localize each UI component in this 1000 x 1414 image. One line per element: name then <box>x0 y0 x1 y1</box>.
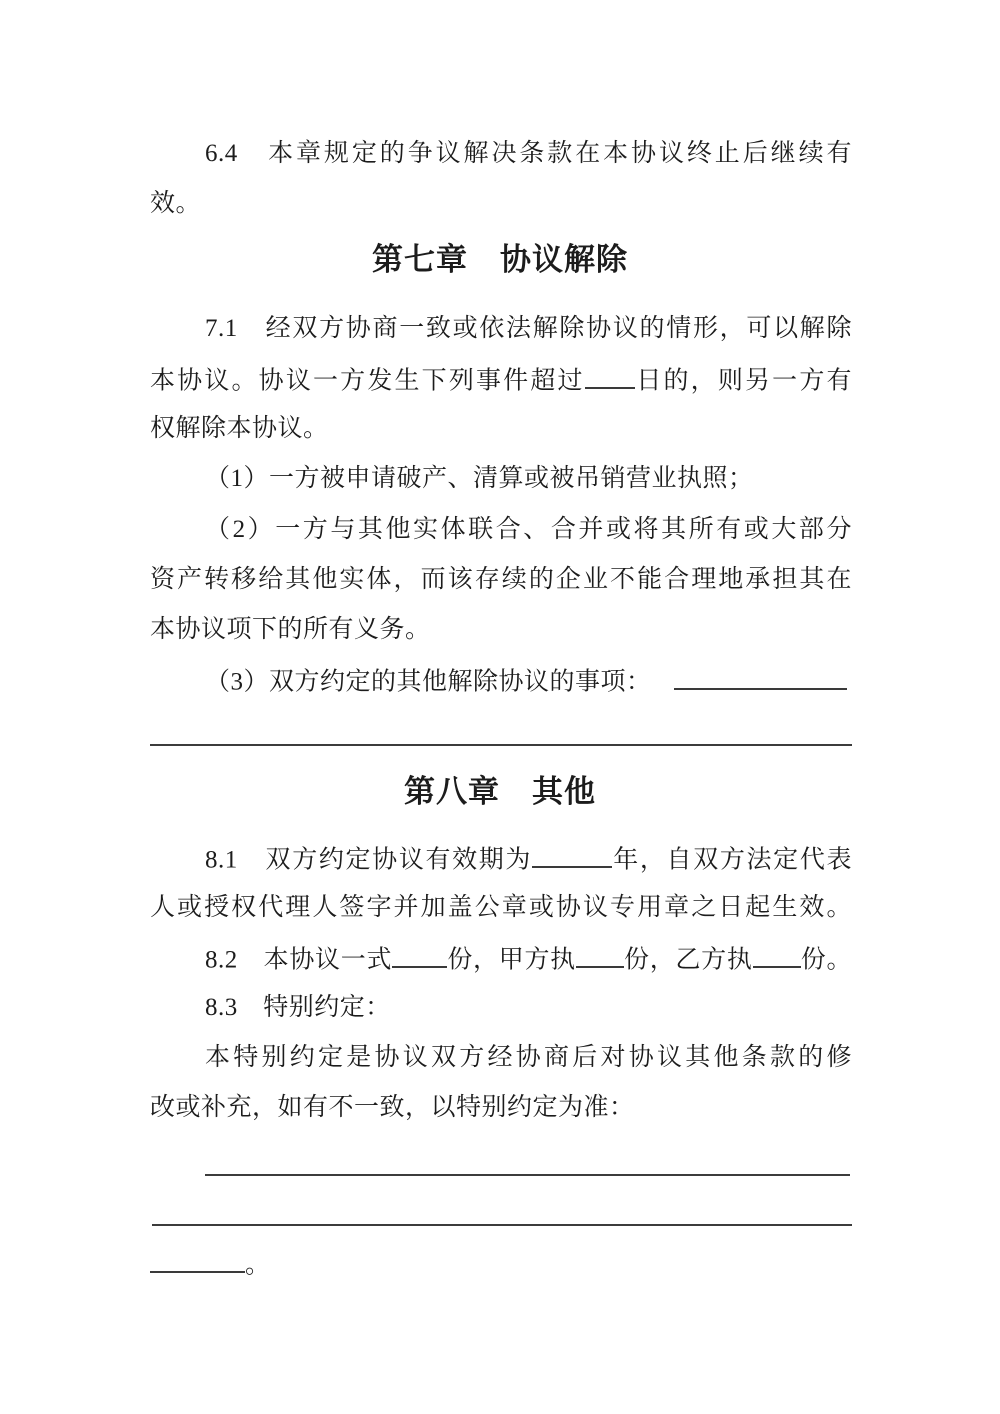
termination-item-2-line-1: （2）一方与其他实体联合、合并或将其所有或大部分 <box>205 512 852 548</box>
clause-8-1-line-1-pre: 8.1 双方约定协议有效期为 <box>205 847 532 874</box>
trailing-period: 。 <box>245 1252 271 1279</box>
clause-7-1-line-3: 权解除本协议。 <box>150 411 329 447</box>
party-a-copies-blank-field <box>576 940 624 968</box>
special-agreement-blank-line-1 <box>205 1174 850 1176</box>
termination-item-1: （1）一方被申请破产、清算或被吊销营业执照； <box>205 461 754 497</box>
clause-8-1-line-1-post: 年，自双方法定代表 <box>612 847 852 874</box>
termination-item-3-label: （3）双方约定的其他解除协议的事项： <box>205 669 652 696</box>
clause-8-2-mid2: 份，乙方执 <box>624 947 753 974</box>
clause-8-1-line-1: 8.1 双方约定协议有效期为年，自双方法定代表 <box>205 840 852 876</box>
clause-8-3-label: 8.3 特别约定： <box>205 990 391 1026</box>
clause-8-2-post: 份。 <box>801 947 852 974</box>
chapter-8-heading: 第八章 其他 <box>0 772 1000 812</box>
clause-8-1-line-2: 人或授权代理人签字并加盖公章或协议专用章之日起生效。 <box>150 890 852 926</box>
clause-7-1-line-2: 本协议。协议一方发生下列事件超过日的，则另一方有 <box>150 361 852 397</box>
total-copies-blank-field <box>392 940 447 968</box>
contract-document-page: 6.4 本章规定的争议解决条款在本协议终止后继续有 效。 第七章 协议解除 7.… <box>0 0 1000 1414</box>
clause-7-1-line-2-pre: 本协议。协议一方发生下列事件超过 <box>150 368 585 395</box>
special-agreement-blank-line-3: 。 <box>150 1245 271 1281</box>
chapter-7-heading: 第七章 协议解除 <box>0 240 1000 280</box>
termination-item-2-line-2: 资产转移给其他实体，而该存续的企业不能合理地承担其在 <box>150 562 852 598</box>
clause-8-3-line-2: 改或补充，如有不一致，以特别约定为准： <box>150 1090 635 1126</box>
clause-8-2-line: 8.2 本协议一式份，甲方执份，乙方执份。 <box>205 940 852 976</box>
other-termination-blank-field <box>674 662 847 690</box>
section-separator-line <box>150 744 852 746</box>
clause-6-4-line-1: 6.4 本章规定的争议解决条款在本协议终止后继续有 <box>205 136 852 172</box>
special-agreement-short-blank-field <box>150 1245 245 1273</box>
clause-8-3-line-1: 本特别约定是协议双方经协商后对协议其他条款的修 <box>205 1040 852 1076</box>
clause-8-2-mid1: 份，甲方执 <box>447 947 576 974</box>
validity-years-blank-field <box>532 840 612 868</box>
special-agreement-blank-line-2 <box>152 1224 852 1226</box>
clause-6-4-line-2: 效。 <box>150 186 201 222</box>
clause-7-1-line-2-post: 日的，则另一方有 <box>635 368 852 395</box>
days-blank-field <box>585 361 635 389</box>
clause-8-2-pre: 8.2 本协议一式 <box>205 947 392 974</box>
clause-7-1-line-1: 7.1 经双方协商一致或依法解除协议的情形，可以解除 <box>205 311 852 347</box>
party-b-copies-blank-field <box>753 940 801 968</box>
termination-item-3: （3）双方约定的其他解除协议的事项： <box>205 662 847 698</box>
termination-item-2-line-3: 本协议项下的所有义务。 <box>150 612 431 648</box>
